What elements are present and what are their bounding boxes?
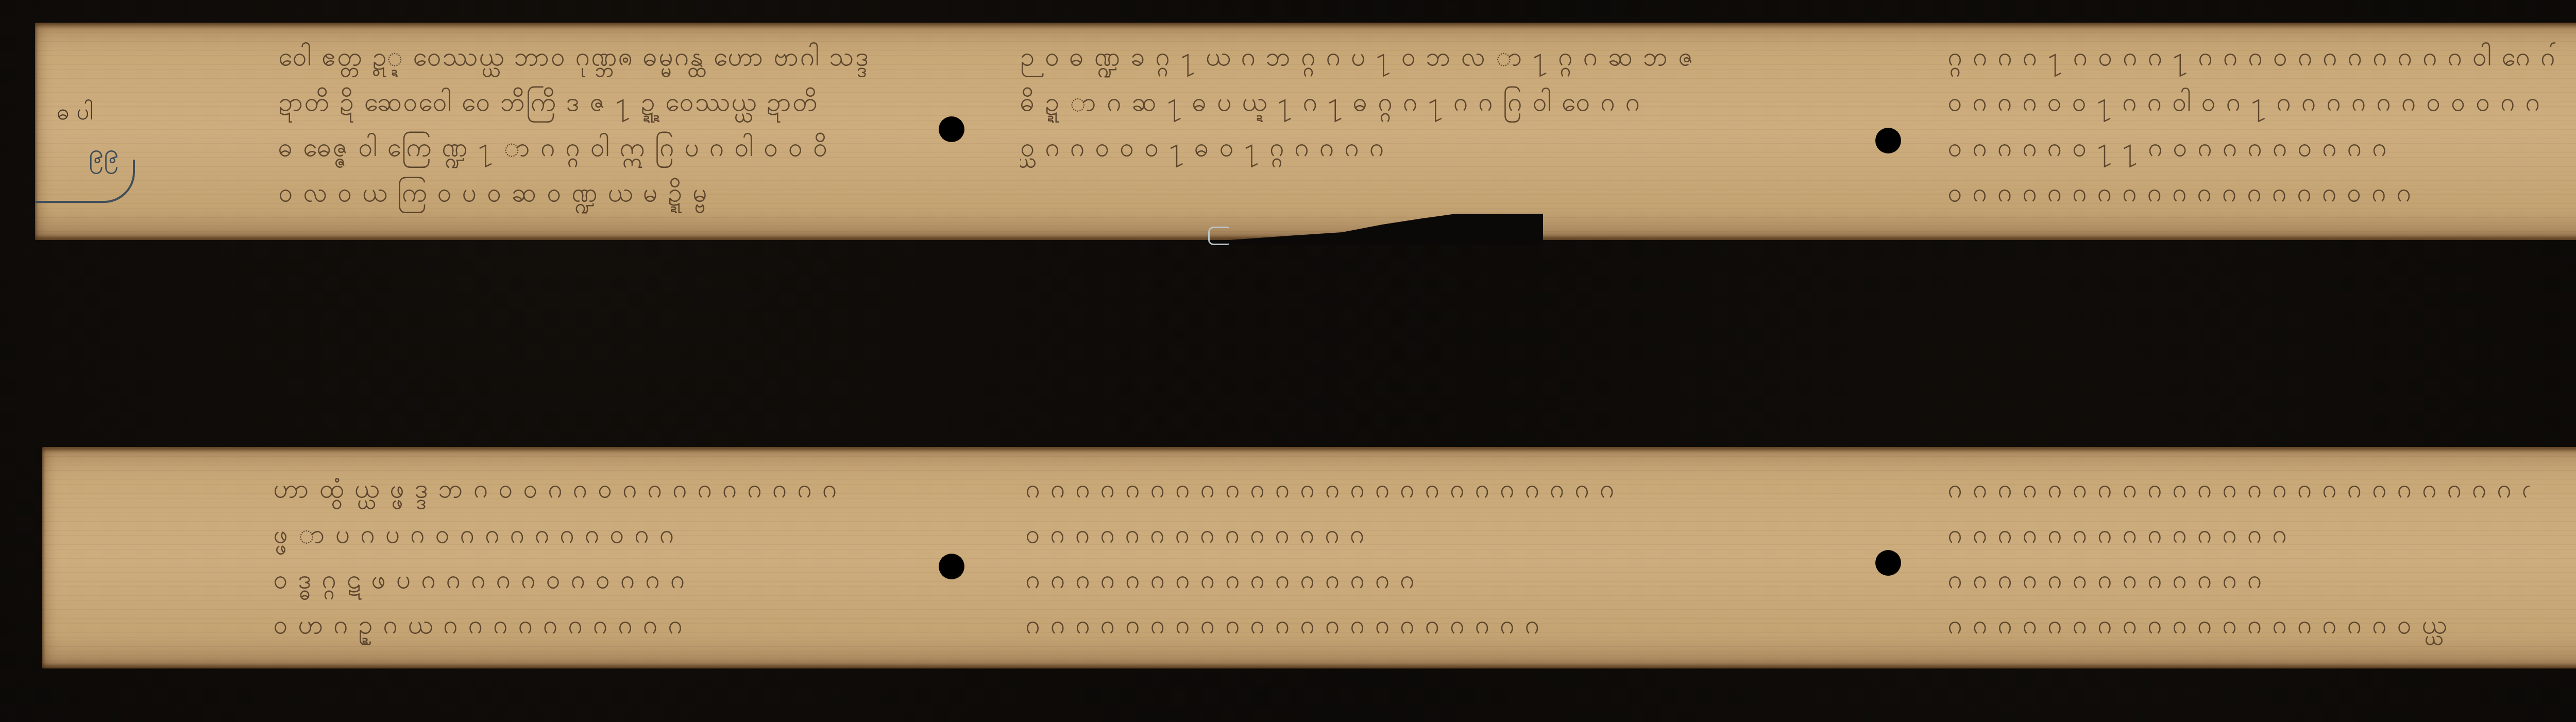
text-line: ဓိ ဍ္ဍ ာ ဂ ဆ ႑ ဓ ပ ယ္ဍ ႑ ဂ ႑ ဓ ဂ္ဂ ဂ ႑ ဂ… [1020,79,1824,125]
text-line: ဉ ဝ ဓ ဏ္ဍ ခ ဂ္ဂ ႑ ယ ဂ ဘ ဂ္ဂ ဂ ပ ႑ ဝ ဘ လ … [1020,34,1824,79]
text-section-bottom-right: ဂ ဂ ဂ ဂ ဂ ဂ ဂ ဂ ဂ ဂ ဂ ဂ ဂ ဂ ဂ ဂ ဂ ဂ ဂ ဂ … [1947,466,2530,647]
text-section-bottom-middle: ဂ ဂ ဂ ဂ ဂ ဂ ဂ ဂ ဂ ဂ ဂ ဂ ဂ ဂ ဂ ဂ ဂ ဂ ဂ ဂ … [1025,466,1839,647]
binding-hole-left [939,116,964,142]
mounting-tag-marker [1208,227,1229,245]
text-line: ဝ ဟ ဂ ဥ္ဍ ဂ ယ ဂ ဂ ဂ ဂ ဂ ဂ ဂ ဂ ဂ ဂ [273,602,912,647]
text-line: ဝ ဂ ဂ ဂ ဂ ဂ ဂ ဂ ဂ ဂ ဂ ဂ ဂ ဂ [1025,511,1839,557]
text-line: ဂ ဂ ဂ ဂ ဂ ဂ ဂ ဂ ဂ ဂ ဂ ဂ ဂ [1947,557,2530,602]
text-line: ဓ ဓေဇ္ဇ ဝါ ကြေ ဏ္ဍ ႑ ာ ဂ ဂ္ဂ ဝါ ဣ ဂြ ပ ဂ… [278,125,896,170]
text-section-bottom-left: ဟာ ထွံ ယ္ယ ဖ္ဖ ဒ္ဒ ဘ ဂ ဝ ဝ ဂ ဂ ဝ ဂ ဂ ဂ ဂ… [273,466,912,647]
text-line: ဂ ဂ ဂ ဂ ဂ ဂ ဂ ဂ ဂ ဂ ဂ ဂ ဂ ဂ ဂ ဂ ဂ ဂ ဝ ယ္… [1947,602,2530,647]
text-line: ဂ ဂ ဂ ဂ ဂ ဂ ဂ ဂ ဂ ဂ ဂ ဂ ဂ ဂ ဂ ဂ ဂ ဂ ဂ ဂ … [1025,466,1839,511]
text-line: ဝ္ယ ဂ ဂ ဝ ဝ ဝ ႑ ဓ ဝ ႑ ဂ္ဂ ဂ ဂ ဂ ဂ [1020,125,1824,170]
text-line: ဝ လ ဝ ယ ကြ ဝ ပ ဝ ဆ ဝ ဏ္ဍ ယ မ ဍ္ဍိ မ္ဗ [278,170,896,215]
folio-bracket-mark [35,160,135,203]
text-section-top-right: ဂ္ဂ ဂ ဂ ဂ ႑ ဂ ဝ ဂ ဂ ႑ ဂ ဂ ဂ ဝ ဂ ဂ ဂ ဂ ဂ … [1947,34,2555,215]
text-line: ဂ္ဂ ဂ ဂ ဂ ႑ ဂ ဝ ဂ ဂ ႑ ဂ ဂ ဂ ဝ ဂ ဂ ဂ ဂ ဂ … [1947,34,2555,79]
text-line: ဂ ဂ ဂ ဂ ဂ ဂ ဂ ဂ ဂ ဂ ဂ ဂ ဂ ဂ ဂ ဂ ဂ ဂ ဂ ဂ … [1025,602,1839,647]
text-section-top-middle: ဉ ဝ ဓ ဏ္ဍ ခ ဂ္ဂ ႑ ယ ဂ ဘ ဂ္ဂ ဂ ပ ႑ ဝ ဘ လ … [1020,34,1824,170]
text-line: ဖ္ဖ ာ ပ ဂ ပ ဂ ဝ ဂ ဂ ဂ ဂ ဂ ဂ ဝ ဂ ဂ [273,511,912,557]
text-line: ဝေါ ဧတ္တ ဍွ္ဍ ဝေဿယ္ယ ဘာဝ ဂုဏ္ဘၐ ဓမ္မဂန္ထ… [278,34,896,79]
text-line: ဝ ဂ ဂ ဂ ဂ ဂ ဂ ဂ ဂ ဂ ဂ ဂ ဂ ဂ ဂ ဂ ဝ ဂ ဂ [1947,170,2555,215]
binding-hole-right [1875,128,1901,153]
text-line: ဟာ ထွံ ယ္ယ ဖ္ဖ ဒ္ဒ ဘ ဂ ဝ ဝ ဂ ဂ ဝ ဂ ဂ ဂ ဂ… [273,466,912,511]
text-line: ဂ ဂ ဂ ဂ ဂ ဂ ဂ ဂ ဂ ဂ ဂ ဂ ဂ ဂ ဂ ဂ [1025,557,1839,602]
text-section-top-left: ဝေါ ဧတ္တ ဍွ္ဍ ဝေဿယ္ယ ဘာဝ ဂုဏ္ဘၐ ဓမ္မဂန္ထ… [278,34,896,215]
binding-hole-left [939,554,964,579]
text-line: ဍာတိ ဍိ ဆေဝဝေါ ဝေ ဘိကြိ ဒ ဇ ႑ ဍ္ဍ္ဍ ဝေဿယ… [278,79,896,125]
margin-letter-note: ဓ ပါ [57,98,93,131]
text-line: ဂ ဂ ဂ ဂ ဂ ဂ ဂ ဂ ဂ ဂ ဂ ဂ ဂ ဂ [1947,511,2530,557]
text-line: ဝ ဒ္ဓ ဂ္ဂ ဋ ဖ ပ ဂ ဂ ဂ ဂ ဂ ဝ ဂ ဝ ဂ ဂ ဂ [273,557,912,602]
binding-hole-right [1875,550,1901,576]
text-line: ဝ ဂ ဂ ဂ ဝ ဝ ႑ ဂ ဂ ဝါ ဝ ဂ ႑ ဂ ဂ ဂ ဂ ဂ ဂ ဝ… [1947,79,2555,125]
text-line: ဝ ဂ ဂ ဂ ဂ ဝ ႑ ႑ ဂ ဝ ဂ ဂ ဂ ဂ ဝ ဂ ဂ ဂ [1947,125,2555,170]
text-line: ဂ ဂ ဂ ဂ ဂ ဂ ဂ ဂ ဂ ဂ ဂ ဂ ဂ ဂ ဂ ဂ ဂ ဂ ဂ ဂ … [1947,466,2530,511]
